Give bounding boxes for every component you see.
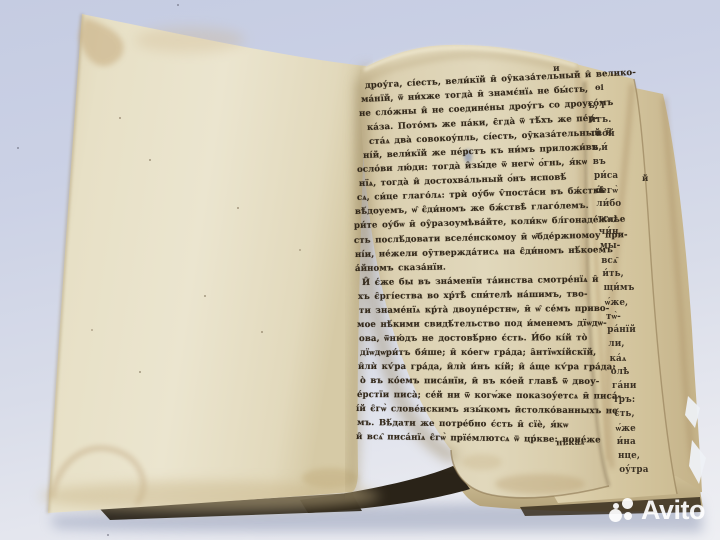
page-number-right: и: [553, 64, 560, 74]
stain-right-bottom2: [462, 454, 502, 470]
stain-top-band: [135, 27, 245, 53]
book-photo-art: [0, 0, 720, 540]
page-fragment-third: й: [642, 174, 648, 184]
avito-watermark-text: Avito: [641, 496, 705, 524]
left-page: [48, 14, 366, 513]
blue-ink-mark: [464, 149, 472, 163]
page-number-second: ѳі: [595, 83, 604, 93]
avito-watermark: Avito: [607, 494, 705, 526]
catchword: нѣ́каѧ: [556, 437, 585, 449]
photo-antique-book: дроу́га, сі́есть, вели́кїй и̑ оу̑каза́те…: [0, 0, 720, 540]
right-page: [360, 45, 609, 498]
stain-right-bottom: [495, 474, 585, 494]
avito-logo-icon: [607, 496, 638, 524]
